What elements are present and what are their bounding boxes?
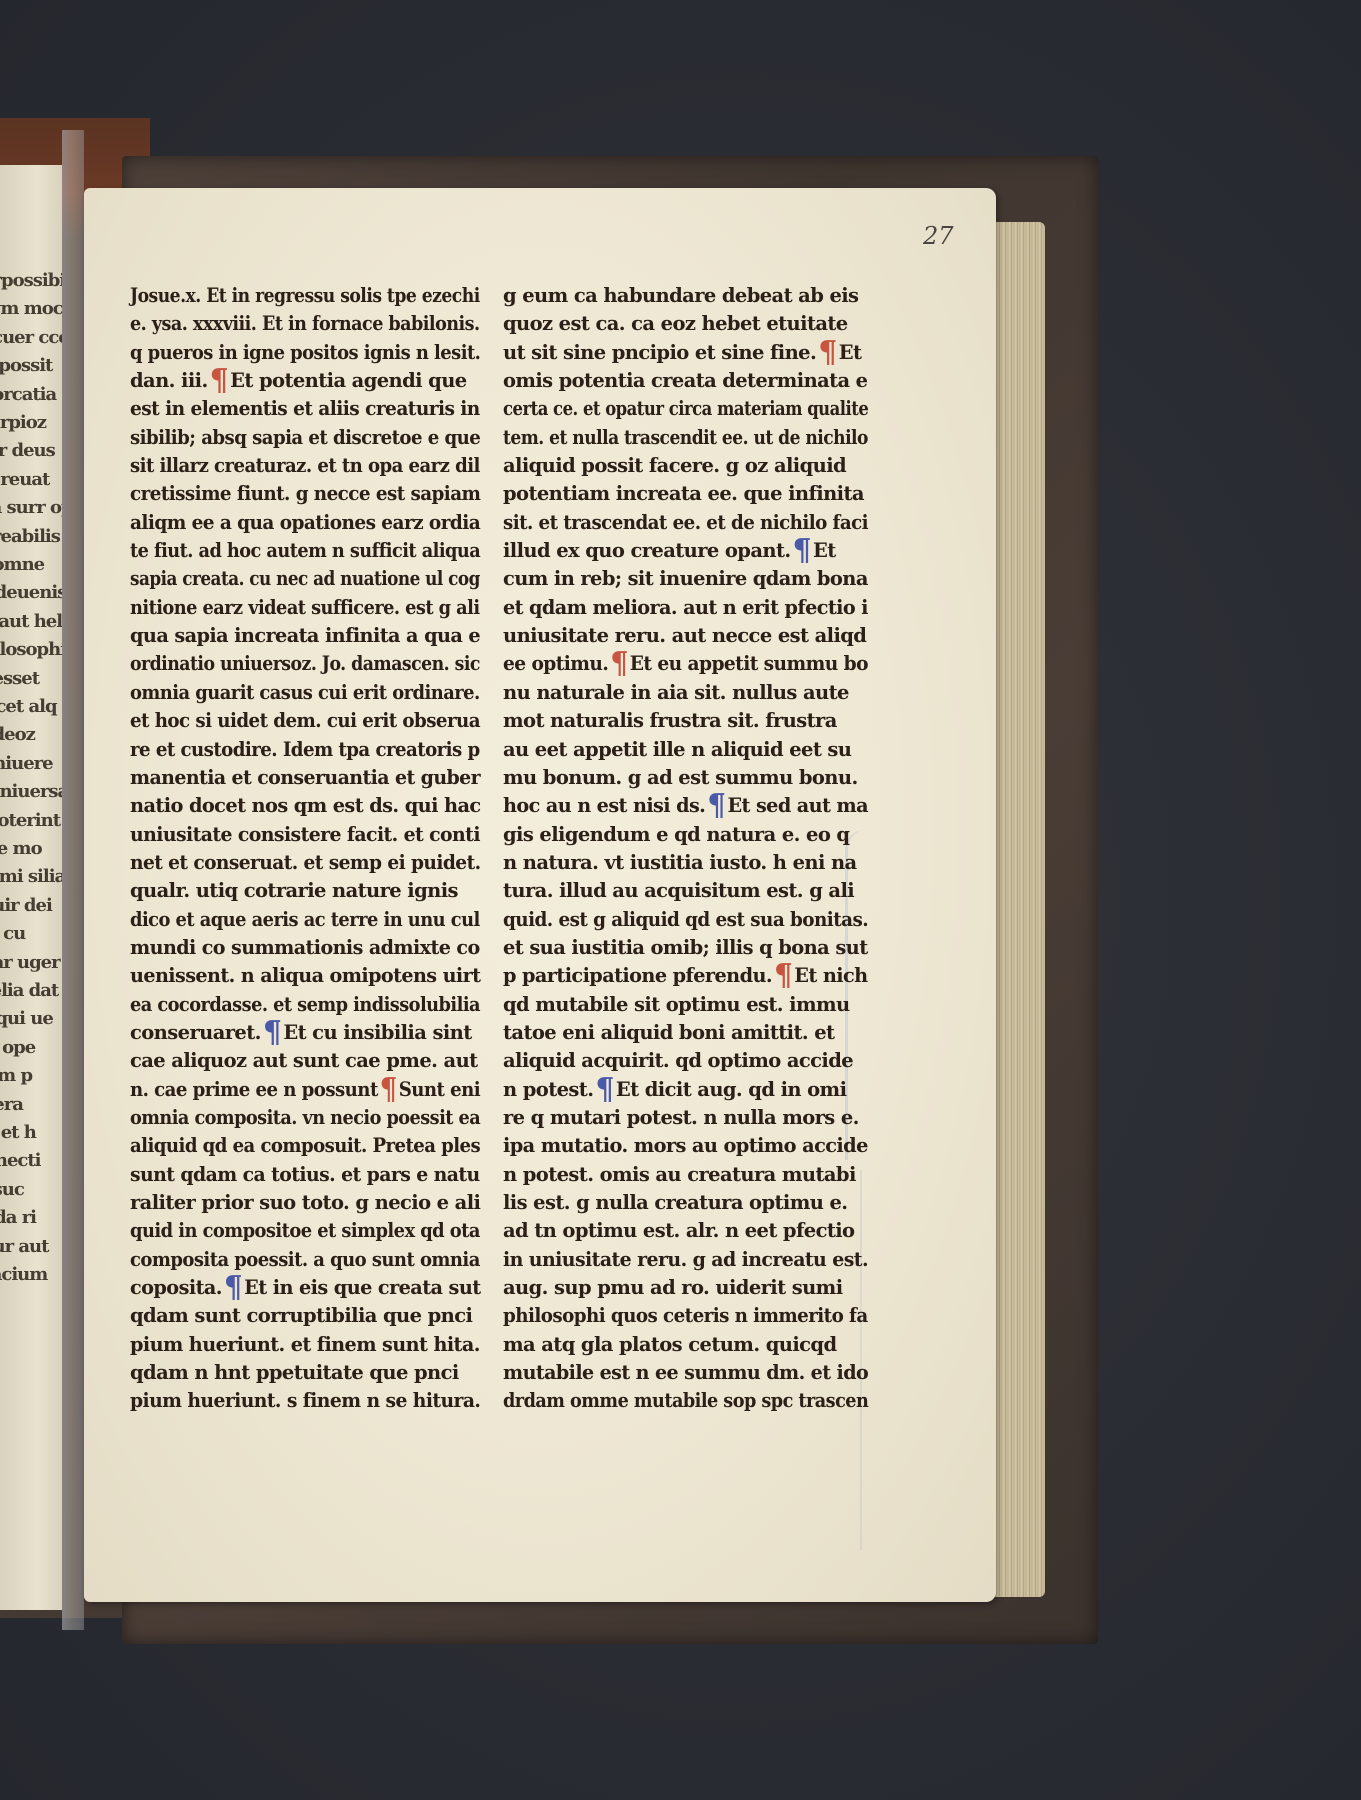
line-text: ipa mutatio. mors au optimo accide: [503, 1134, 868, 1157]
left-page-text-fragment: neur aut: [0, 1236, 62, 1262]
line-text: cretissime fiunt. g necce est sapiam: [130, 482, 480, 505]
text-line: qua sapia increata infinita a qua e: [130, 622, 476, 650]
text-line: sunt qdam ca totius. et pars e natu: [130, 1161, 468, 1189]
left-page-text-fragment: ogar uger: [0, 952, 62, 978]
text-line: re et custodire. Idem tpa creatoris p: [130, 736, 457, 764]
line-text: re q mutari potest. n nulla mors e.: [503, 1106, 859, 1129]
paragraph-mark-blue-icon: ¶: [263, 1021, 282, 1045]
text-line: drdam omme mutabile sop spc trascen: [503, 1387, 834, 1415]
paragraph-mark-red-icon: ¶: [818, 341, 837, 365]
paragraph-mark-red-icon: ¶: [610, 652, 628, 676]
line-text: q pueros in igne positos ignis n lesit.: [130, 341, 480, 364]
line-text: certa ce. et opatur circa materiam quali…: [503, 397, 868, 420]
text-line: tatoe eni aliquid boni amittit. et: [503, 1019, 868, 1047]
line-text: philosophi quos ceteris n immerito fa: [503, 1304, 868, 1327]
line-text-after-mark: Et in eis que creata sut: [244, 1276, 480, 1299]
text-line: in uniusitate reru. g ad increatu est.: [503, 1246, 857, 1274]
text-line: et hoc si uidet dem. cui erit obserua: [130, 707, 458, 735]
line-text: dan. iii.: [130, 369, 208, 392]
text-column-right: g eum ca habundare debeat ab eisquoz est…: [503, 282, 868, 1416]
line-text: et sua iustitia omib; illis q bona sut: [503, 936, 868, 959]
left-page-text-fragment: ex cet alq: [0, 696, 62, 722]
line-text-after-mark: Et: [813, 539, 836, 562]
line-text: et qdam meliora. aut n erit pfectio i: [503, 596, 868, 619]
line-text: e. ysa. xxxviii. Et in fornace babilonis…: [130, 312, 480, 335]
text-line: uniusitate consistere facit. et conti: [130, 821, 468, 849]
line-text: omnia guarit casus cui erit ordinare.: [130, 681, 480, 704]
line-text: in uniusitate reru. g ad increatu est.: [503, 1248, 868, 1271]
text-line: conseruaret.¶Et cu insibilia sint: [130, 1019, 480, 1047]
text-line: nitione earz videat sufficere. est g ali: [130, 594, 449, 622]
text-line: net et conseruat. et semp ei puidet.: [130, 849, 464, 877]
left-page-text-fragment: philosophi: [0, 639, 62, 665]
text-line: n potest.¶Et dicit aug. qd in omi: [503, 1076, 868, 1104]
left-page-text-fragment: fugm mocep: [0, 298, 62, 324]
text-line: te fiut. ad hoc autem n sufficit aliqua: [130, 537, 448, 565]
text-line: omnia composita. vn necio poessit ea: [130, 1104, 447, 1132]
line-text: qdam n hnt ppetuitate que pnci: [130, 1361, 459, 1384]
left-page-strip: uerpossibilifugm mocepelicuer cceno poss…: [0, 165, 62, 1610]
text-line: uniusitate reru. aut necce est aliqd: [503, 622, 868, 650]
text-line: sapia creata. cu nec ad nuatione ul cog: [130, 565, 432, 593]
line-text: n potest. omis au creatura mutabi: [503, 1163, 856, 1186]
text-line: potentiam increata ee. que infinita: [503, 480, 868, 508]
left-page-text-fragment: no aut hel: [0, 611, 62, 637]
left-page-text-fragment: otemi silia: [0, 866, 62, 892]
line-text: sapia creata. cu nec ad nuatione ul cog: [130, 567, 480, 590]
text-line: manentia et conseruantia et guber: [130, 764, 470, 792]
left-page-text-fragment: acelia dat: [0, 980, 62, 1006]
line-text: qdam sunt corruptibilia que pnci: [130, 1304, 472, 1327]
line-text: manentia et conseruantia et guber: [130, 766, 480, 789]
text-line: aliquid acquirit. qd optimo accide: [503, 1047, 868, 1075]
text-line: mu bonum. g ad est summu bonu.: [503, 764, 868, 792]
text-line: philosophi quos ceteris n immerito fa: [503, 1302, 845, 1330]
line-text: ea cocordasse. et semp indissolubilia: [130, 993, 480, 1016]
left-page-text-fragment: nterpioz: [0, 412, 62, 438]
line-text: aliquid possit facere. g oz aliquid: [503, 454, 846, 477]
text-line: hoc au n est nisi ds.¶Et sed aut ma: [503, 792, 863, 820]
line-text: composita poessit. a quo sunt omnia: [130, 1248, 480, 1271]
glass-weight-strip: [62, 130, 84, 1630]
text-line: g eum ca habundare debeat ab eis: [503, 282, 868, 310]
text-line: est in elementis et aliis creaturis in: [130, 395, 464, 423]
line-text: sunt qdam ca totius. et pars e natu: [130, 1163, 480, 1186]
line-text: aliqm ee a qua opationes earz ordia: [130, 511, 480, 534]
left-page-text-fragment: ise et h: [0, 1122, 62, 1148]
paragraph-mark-blue-icon: ¶: [595, 1078, 614, 1102]
line-text: ut sit sine pncipio et sine fine.: [503, 341, 816, 364]
paragraph-mark-red-icon: ¶: [210, 369, 229, 393]
text-line: cae aliquoz aut sunt cae pme. aut: [130, 1047, 480, 1075]
left-page-text-fragment: ct esset: [0, 668, 62, 694]
text-line: ee optimu.¶Et eu appetit summu bo: [503, 650, 852, 678]
text-line: et sua iustitia omib; illis q bona sut: [503, 934, 867, 962]
line-text: sit. et trascendat ee. et de nichilo fac…: [503, 511, 868, 534]
line-text: hoc au n est nisi ds.: [503, 794, 705, 817]
line-text: mot naturalis frustra sit. frustra: [503, 709, 837, 732]
line-text: re et custodire. Idem tpa creatoris p: [130, 738, 480, 761]
line-text: qualr. utiq cotrarie nature ignis: [130, 879, 458, 902]
line-text: et hoc si uidet dem. cui erit obserua: [130, 709, 480, 732]
line-text: conseruaret.: [130, 1021, 261, 1044]
left-page-text-fragment: uerpossibili: [0, 270, 62, 296]
text-line: cretissime fiunt. g necce est sapiam: [130, 480, 459, 508]
line-text: pium hueriunt. et finem sunt hita.: [130, 1333, 480, 1356]
line-text: g eum ca habundare debeat ab eis: [503, 284, 858, 307]
line-text: raliter prior suo toto. g necio e ali: [130, 1191, 480, 1214]
line-text: Josue.x. Et in regressu solis tpe ezechi: [130, 284, 480, 307]
paragraph-mark-blue-icon: ¶: [707, 794, 725, 818]
line-text: quoz est ca. ca eoz hebet etuitate: [503, 312, 848, 335]
text-line: p participatione pferendu.¶Et nich: [503, 962, 864, 990]
text-line: ea cocordasse. et semp indissolubilia: [130, 991, 449, 1019]
text-line: aug. sup pmu ad ro. uiderit sumi: [503, 1274, 868, 1302]
line-text: quid. est g aliquid qd est sua bonitas.: [503, 908, 868, 931]
left-page-text-fragment: dauir dei: [0, 895, 62, 921]
line-text: lis est. g nulla creatura optimu e.: [503, 1191, 848, 1214]
text-line: mot naturalis frustra sit. frustra: [503, 707, 868, 735]
line-text: quid in compositoe et simplex qd ota: [130, 1219, 480, 1242]
left-page-text-fragment: ex qui ue: [0, 1008, 62, 1034]
text-line: nu naturale in aia sit. nullus aute: [503, 679, 868, 707]
line-text-after-mark: Et eu appetit summu bo: [630, 652, 868, 675]
left-page-text-fragment: nt deuenis: [0, 582, 62, 608]
text-line: Josue.x. Et in regressu solis tpe ezechi: [130, 282, 439, 310]
line-text: dico et aque aeris ac terre in unu cul: [130, 908, 480, 931]
line-text: mutabile est n ee summu dm. et ido: [503, 1361, 868, 1384]
paragraph-mark-blue-icon: ¶: [224, 1276, 242, 1300]
text-line: qdam sunt corruptibilia que pnci: [130, 1302, 480, 1330]
text-line: quid. est g aliquid qd est sua bonitas.: [503, 906, 847, 934]
text-line: cum in reb; sit inuenire qdam bona: [503, 565, 867, 593]
left-page-text-fragment: adorcatia: [0, 384, 62, 410]
left-page-text-fragment: u uniuersa: [0, 781, 62, 807]
left-page-text-fragment: libera: [0, 1094, 62, 1120]
text-line: qualr. utiq cotrarie nature ignis: [130, 877, 480, 905]
text-line: quid in compositoe et simplex qd ota: [130, 1217, 451, 1245]
line-text: potentiam increata ee. que infinita: [503, 482, 864, 505]
line-text: uniusitate consistere facit. et conti: [130, 823, 480, 846]
text-line: coposita.¶Et in eis que creata sut: [130, 1274, 476, 1302]
line-text: qd mutabile sit optimu est. immu: [503, 993, 850, 1016]
paragraph-mark-red-icon: ¶: [774, 964, 792, 988]
line-text: tatoe eni aliquid boni amittit. et: [503, 1021, 834, 1044]
line-text: ma atq gla platos cetum. quicqd: [503, 1333, 837, 1356]
left-page-text-fragment: ct omne: [0, 554, 62, 580]
line-text: aliquid qd ea composuit. Pretea ples: [130, 1134, 480, 1157]
line-text: uenissent. n aliqua omipotens uirt: [130, 964, 480, 987]
paragraph-mark-red-icon: ¶: [380, 1078, 397, 1102]
left-page-text-fragment: alam p: [0, 1065, 62, 1091]
line-text: ordinatio uniuersoz. Jo. damascen. sic: [130, 652, 480, 675]
line-text: aliquid acquirit. qd optimo accide: [503, 1049, 853, 1072]
text-line: omis potentia creata determinata e: [503, 367, 867, 395]
line-text: omis potentia creata determinata e: [503, 369, 867, 392]
line-text: ee optimu.: [503, 652, 608, 675]
text-line: quoz est ca. ca eoz hebet etuitate: [503, 310, 868, 338]
left-page-text-fragment: posuc: [0, 1179, 62, 1205]
text-line: dan. iii.¶Et potentia agendi que: [130, 367, 480, 395]
line-text: natio docet nos qm est ds. qui hac: [130, 794, 481, 817]
text-line: n natura. vt iustitia iusto. h eni na: [503, 849, 868, 877]
text-line: n. cae prime ee n possunt¶Sunt eni: [130, 1076, 456, 1104]
line-text: nu naturale in aia sit. nullus aute: [503, 681, 849, 704]
text-line: qdam n hnt ppetuitate que pnci: [130, 1359, 480, 1387]
text-line: tem. et nulla trascendit ee. ut de nichi…: [503, 424, 823, 452]
text-line: aliquid possit facere. g oz aliquid: [503, 452, 868, 480]
left-page-text-fragment: tur cu: [0, 923, 62, 949]
text-line: q pueros in igne positos ignis n lesit.: [130, 339, 452, 367]
text-line: sit illarz creaturaz. et tn opa earz dil: [130, 452, 455, 480]
line-text: sibilib; absq sapia et discretoe e que: [130, 426, 480, 449]
line-text-after-mark: Et cu insibilia sint: [283, 1021, 471, 1044]
line-text: tura. illud au acquisitum est. g ali: [503, 879, 854, 902]
text-line: lis est. g nulla creatura optimu e.: [503, 1189, 868, 1217]
left-page-text-fragment: ct deoz: [0, 724, 62, 750]
left-page-text-fragment: a poterint: [0, 810, 62, 836]
text-line: pium hueriunt. s finem n se hitura.: [130, 1387, 467, 1415]
line-text: est in elementis et aliis creaturis in: [130, 397, 480, 420]
line-text: cum in reb; sit inuenire qdam bona: [503, 567, 868, 590]
left-page-text-fragment: cetr deus: [0, 440, 62, 466]
text-line: ut sit sine pncipio et sine fine.¶Et: [503, 339, 868, 367]
folio-number: 27: [923, 222, 954, 250]
text-line: re q mutari potest. n nulla mors e.: [503, 1104, 868, 1132]
left-page-text-fragment: no possit: [0, 355, 62, 381]
text-line: sibilib; absq sapia et discretoe e que: [130, 424, 456, 452]
line-text-after-mark: Et sed aut ma: [727, 794, 868, 817]
text-line: tura. illud au acquisitum est. g ali: [503, 877, 868, 905]
line-text: net et conseruat. et semp ei puidet.: [130, 851, 481, 874]
text-line: qd mutabile sit optimu est. immu: [503, 991, 868, 1019]
line-text: uniusitate reru. aut necce est aliqd: [503, 624, 866, 647]
text-line: aliqm ee a qua opationes earz ordia: [130, 509, 462, 537]
paragraph-mark-blue-icon: ¶: [793, 539, 812, 563]
text-line: ad tn optimu est. alr. n eet pfectio: [503, 1217, 868, 1245]
line-text-after-mark: Et dicit aug. qd in omi: [616, 1078, 846, 1101]
line-text: mu bonum. g ad est summu bonu.: [503, 766, 858, 789]
text-line: et qdam meliora. aut n erit pfectio i: [503, 594, 863, 622]
left-page-text-fragment: elicuer cce: [0, 327, 62, 353]
left-page-text-fragment: cole mo: [0, 838, 62, 864]
line-text: au eet appetit ille n aliquid eet su: [503, 738, 851, 761]
line-text: coposita.: [130, 1276, 222, 1299]
line-text: tem. et nulla trascendit ee. ut de nichi…: [503, 426, 868, 449]
line-text: mundi co summationis admixte co: [130, 936, 480, 959]
text-line: ipa mutatio. mors au optimo accide: [503, 1132, 865, 1160]
text-column-left: Josue.x. Et in regressu solis tpe ezechi…: [130, 282, 480, 1416]
text-line: mundi co summationis admixte co: [130, 934, 473, 962]
text-line: aliquid qd ea composuit. Pretea ples: [130, 1132, 455, 1160]
line-text: aug. sup pmu ad ro. uiderit sumi: [503, 1276, 843, 1299]
text-line: illud ex quo creature opant.¶Et: [503, 537, 868, 565]
line-text-after-mark: Et potentia agendi que: [230, 369, 466, 392]
left-page-text-fragment: unda ri: [0, 1207, 62, 1233]
text-line: certa ce. et opatur circa materiam quali…: [503, 395, 811, 423]
text-line: n potest. omis au creatura mutabi: [503, 1161, 868, 1189]
text-line: composita poessit. a quo sunt omnia: [130, 1246, 453, 1274]
left-page-text-fragment: ncreabilis: [0, 526, 62, 552]
line-text: illud ex quo creature opant.: [503, 539, 791, 562]
text-line: raliter prior suo toto. g necio e ali: [130, 1189, 480, 1217]
line-text: drdam omme mutabile sop spc trascen: [503, 1389, 868, 1412]
text-line: au eet appetit ille n aliquid eet su: [503, 736, 868, 764]
line-text: n. cae prime ee n possunt: [130, 1078, 378, 1101]
text-line: uenissent. n aliqua omipotens uirt: [130, 962, 474, 990]
left-page-text-fragment: spacium: [0, 1264, 62, 1290]
line-text: n natura. vt iustitia iusto. h eni na: [503, 851, 857, 874]
left-page-text-fragment: se necti: [0, 1150, 62, 1176]
text-line: omnia guarit casus cui erit ordinare.: [130, 679, 452, 707]
line-text: sit illarz creaturaz. et tn opa earz dil: [130, 454, 480, 477]
text-line: dico et aque aeris ac terre in unu cul: [130, 906, 451, 934]
left-page-text-fragment: ura surr op: [0, 497, 62, 523]
line-text: pium hueriunt. s finem n se hitura.: [130, 1389, 480, 1412]
line-text-after-mark: Et nich: [794, 964, 867, 987]
text-line: mutabile est n ee summu dm. et ido: [503, 1359, 860, 1387]
left-page-text-fragment: tes ope: [0, 1037, 62, 1063]
line-text: gis eligendum e qd natura e. eo q: [503, 823, 849, 846]
text-line: natio docet nos qm est ds. qui hac: [130, 792, 477, 820]
left-page-text-fragment: l uniuere: [0, 753, 62, 779]
text-line: ordinatio uniuersoz. Jo. damascen. sic: [130, 650, 441, 678]
line-text: n potest.: [503, 1078, 593, 1101]
line-text-after-mark: Et: [839, 341, 862, 364]
line-text: cae aliquoz aut sunt cae pme. aut: [130, 1049, 478, 1072]
line-text: te fiut. ad hoc autem n sufficit aliqua: [130, 539, 480, 562]
left-page-text-fragment: a Greuat: [0, 469, 62, 495]
text-line: e. ysa. xxxviii. Et in fornace babilonis…: [130, 310, 446, 338]
text-line: ma atq gla platos cetum. quicqd: [503, 1331, 868, 1359]
line-text: qua sapia increata infinita a qua e: [130, 624, 480, 647]
line-text: ad tn optimu est. alr. n eet pfectio: [503, 1219, 854, 1242]
line-text: nitione earz videat sufficere. est g ali: [130, 596, 480, 619]
text-line: pium hueriunt. et finem sunt hita.: [130, 1331, 475, 1359]
line-text: omnia composita. vn necio poessit ea: [130, 1106, 480, 1129]
line-text-after-mark: Sunt eni: [399, 1078, 480, 1101]
text-line: gis eligendum e qd natura e. eo q: [503, 821, 868, 849]
line-text: p participatione pferendu.: [503, 964, 772, 987]
